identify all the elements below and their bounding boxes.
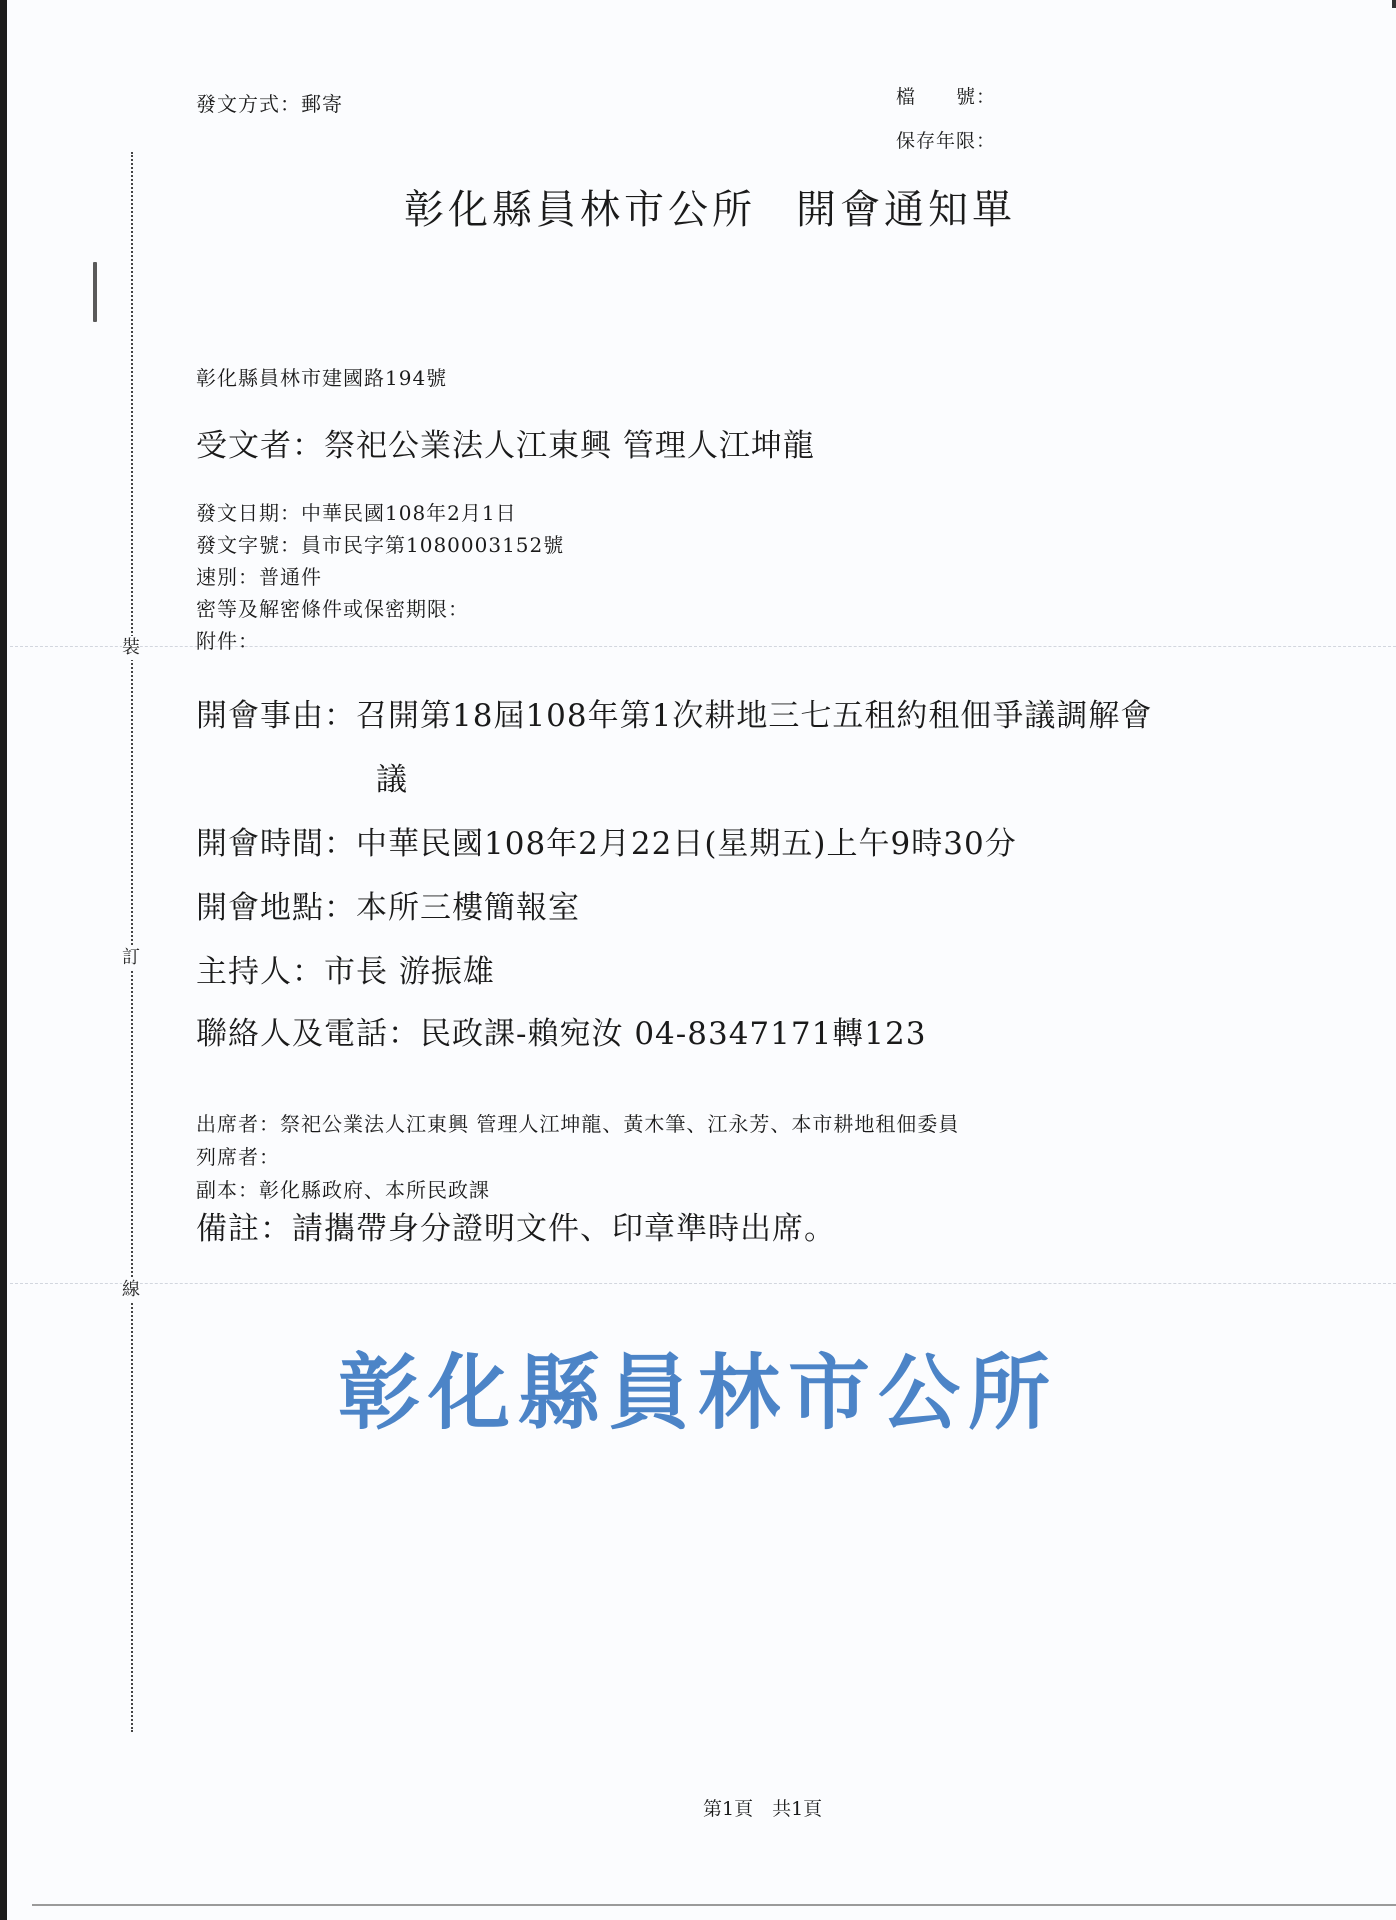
doc-number: 發文字號：員市民字第1080003152號 (196, 529, 564, 558)
title-doc-type: 開會通知單 (796, 187, 1016, 233)
meeting-subject: 開會事由：召開第18屆108年第1次耕地三七五租約租佃爭議調解會 (196, 690, 1152, 735)
binding-char-zhuang: 裝 (122, 636, 140, 660)
attendees: 出席者：祭祀公業法人江東興 管理人江坤龍、黃木筆、江永芳、本市耕地租佃委員 (196, 1108, 959, 1137)
title-org: 彰化縣員林市公所 (404, 187, 756, 233)
delivery-speed: 速別：普通件 (196, 561, 322, 590)
classification: 密等及解密條件或保密期限： (196, 593, 469, 622)
meeting-location: 開會地點：本所三樓簡報室 (196, 882, 580, 927)
meeting-subject-cont: 議 (376, 754, 408, 799)
file-number-label: 檔 號： (896, 82, 996, 109)
page-title: 彰化縣員林市公所開會通知單 (404, 178, 1016, 235)
sender-address: 彰化縣員林市建國路194號 (196, 362, 447, 391)
issue-date: 發文日期：中華民國108年2月1日 (196, 497, 517, 526)
page-number: 第1頁 共1頁 (703, 1794, 822, 1821)
binding-char-xian: 線 (122, 1278, 140, 1302)
official-seal-stamp: 彰化縣員林市公所 (338, 1328, 1058, 1445)
meeting-time: 開會時間：中華民國108年2月22日(星期五)上午9時30分 (196, 818, 1017, 863)
binding-dotted-line (131, 152, 133, 1732)
binding-char-ding: 訂 (122, 946, 140, 970)
staple-mark (93, 262, 97, 322)
observers: 列席者： (196, 1141, 280, 1170)
remarks: 備註：請攜帶身分證明文件、印章準時出席。 (196, 1203, 836, 1248)
document-page: 裝 訂 線 發文方式：郵寄 檔 號： 保存年限： 彰化縣員林市公所開會通知單 彰… (0, 0, 1396, 1920)
contact-info: 聯絡人及電話：民政課-賴宛汝 04-8347171轉123 (196, 1008, 926, 1053)
recipient: 受文者：祭祀公業法人江東興 管理人江坤龍 (196, 420, 815, 465)
meeting-chair: 主持人：市長 游振雄 (196, 946, 495, 991)
copies: 副本：彰化縣政府、本所民政課 (196, 1174, 490, 1203)
fold-line-lower (10, 1283, 1396, 1284)
scan-edge-left (0, 0, 7, 1920)
scan-edge-bottom (32, 1904, 1396, 1906)
dispatch-method: 發文方式：郵寄 (196, 88, 343, 117)
retention-period-label: 保存年限： (896, 126, 996, 153)
attachments: 附件： (196, 625, 259, 654)
scan-edge-corner (1392, 0, 1396, 8)
